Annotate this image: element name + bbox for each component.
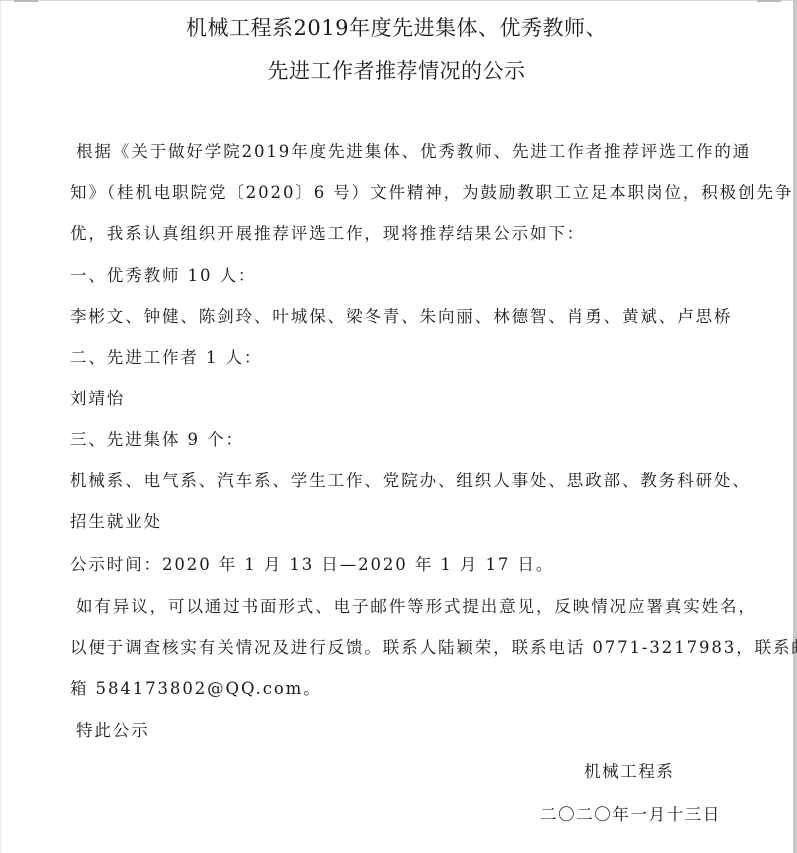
- document-title-line-2: 先进工作者推荐情况的公示: [0, 57, 793, 85]
- objection-line-3: 箱 584173802@QQ.com。: [70, 677, 322, 701]
- section-heading-advanced-collectives: 三、先进集体 9 个：: [70, 428, 244, 452]
- document-page: 机械工程系2019年度先进集体、优秀教师、 先进工作者推荐情况的公示 根据《关于…: [0, 0, 793, 853]
- intro-line-1: 根据《关于做好学院2019年度先进集体、优秀教师、先进工作者推荐评选工作的通: [76, 140, 751, 164]
- vertical-scrollbar[interactable]: [793, 0, 797, 853]
- document-title-line-1: 机械工程系2019年度先进集体、优秀教师、: [0, 14, 793, 42]
- advanced-collectives-list-line-1: 机械系、电气系、汽车系、学生工作、党院办、组织人事处、思政部、教务科研处、: [70, 469, 751, 493]
- intro-line-3: 优，我系认真组织开展推荐评选工作，现将推荐结果公示如下：: [70, 222, 585, 246]
- section-heading-advanced-workers: 二、先进工作者 1 人：: [70, 346, 262, 370]
- excellent-teachers-list: 李彬文、钟健、陈剑玲、叶城保、梁冬青、朱向丽、林德智、肖勇、黄斌、卢思桥: [70, 305, 732, 329]
- signature-date: 二〇二〇年一月十三日: [540, 803, 721, 827]
- objection-line-2: 以便于调查核实有关情况及进行反馈。联系人陆颖荣，联系电话 0771-321798…: [70, 636, 797, 660]
- closing-text: 特此公示: [76, 719, 150, 743]
- objection-line-1: 如有异议，可以通过书面形式、电子邮件等形式提出意见，反映情况应署真实姓名，: [76, 595, 757, 619]
- advanced-workers-list: 刘靖怡: [70, 387, 125, 411]
- signature-department: 机械工程系: [584, 760, 675, 784]
- advanced-collectives-list-line-2: 招生就业处: [70, 510, 162, 534]
- publicity-period: 公示时间：2020 年 1 月 13 日—2020 年 1 月 17 日。: [70, 553, 554, 577]
- intro-line-2: 知》（桂机电职院党〔2020〕6 号）文件精神，为鼓励教职工立足本职岗位，积极创…: [70, 181, 793, 205]
- section-heading-excellent-teachers: 一、优秀教师 10 人：: [70, 264, 256, 288]
